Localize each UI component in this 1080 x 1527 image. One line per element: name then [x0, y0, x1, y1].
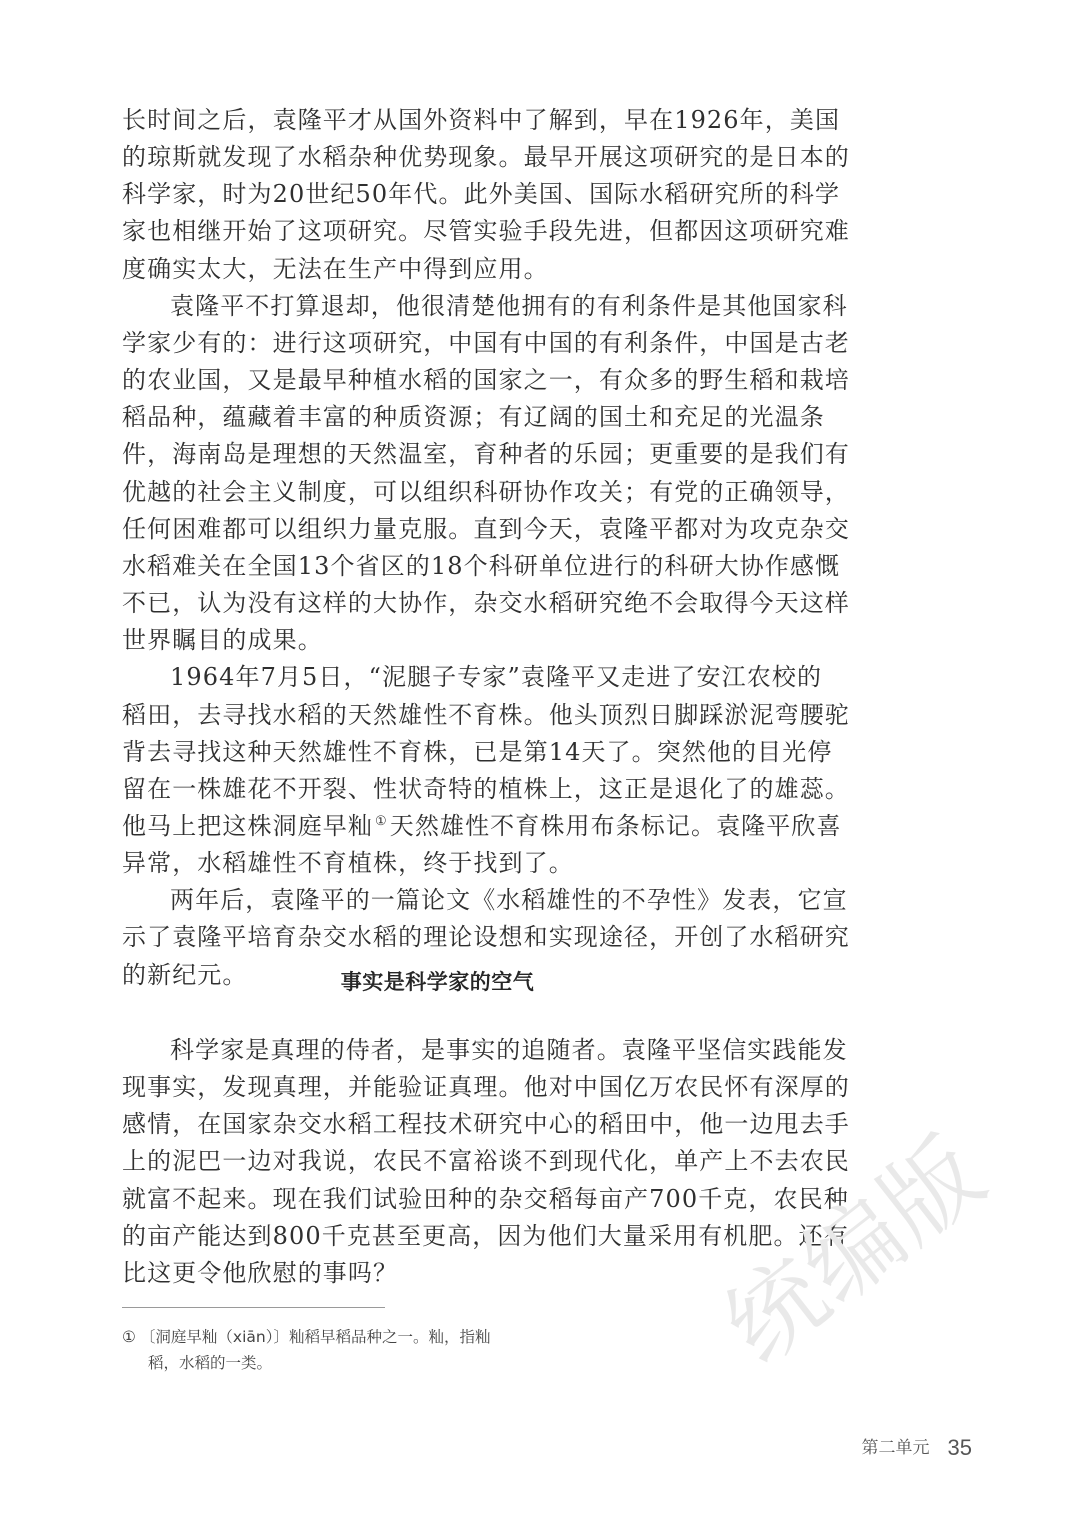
footnote-text: 〔洞庭早籼（xiān）〕籼稻早稻品种之一。籼，指籼: [140, 1328, 491, 1346]
text-line: 感情，在国家杂交水稻工程技术研究中心的稻田中，他一边甩去手: [122, 1106, 762, 1143]
article-text-block-1: 长时间之后，袁隆平才从国外资料中了解到，早在1926年，美国 的琼斯就发现了水稻…: [122, 102, 762, 994]
text-line: 异常，水稻雄性不育植株，终于找到了。: [122, 845, 762, 882]
text-segment: 他马上把这株洞庭早籼: [122, 812, 373, 840]
unit-label: 第二单元: [862, 1438, 930, 1458]
text-line: 科学家，时为20世纪50年代。此外美国、国际水稻研究所的科学: [122, 176, 762, 213]
paragraph-start-line: 两年后，袁隆平的一篇论文《水稻雄性的不孕性》发表，它宣: [122, 882, 762, 919]
footnote: ①〔洞庭早籼（xiān）〕籼稻早稻品种之一。籼，指籼 稻，水稻的一类。: [122, 1324, 542, 1376]
text-line: 学家少有的：进行这项研究，中国有中国的有利条件，中国是古老: [122, 325, 762, 362]
text-line: 示了袁隆平培育杂交水稻的理论设想和实现途径，开创了水稻研究: [122, 919, 762, 956]
text-line: 世界瞩目的成果。: [122, 622, 762, 659]
text-segment: 天然雄性不育株用布条标记。袁隆平欣喜: [390, 812, 842, 840]
paragraph-start-line: 1964年7月5日，“泥腿子专家”袁隆平又走进了安江农校的: [122, 659, 762, 696]
text-line: 水稻难关在全国13个省区的18个科研单位进行的科研大协作感慨: [122, 548, 762, 585]
page-number: 35: [948, 1435, 972, 1460]
text-line: 稻品种，蕴藏着丰富的种质资源；有辽阔的国土和充足的光温条: [122, 399, 762, 436]
text-line: 的农业国，又是最早种植水稻的国家之一，有众多的野生稻和栽培: [122, 362, 762, 399]
text-line: 件，海南岛是理想的天然温室，育种者的乐园；更重要的是我们有: [122, 436, 762, 473]
paragraph-start-line: 袁隆平不打算退却，他很清楚他拥有的有利条件是其他国家科: [122, 288, 762, 325]
paragraph-start-line: 科学家是真理的侍者，是事实的追随者。袁隆平坚信实践能发: [122, 1032, 762, 1069]
footnote-reference[interactable]: ①: [375, 814, 388, 829]
text-line: 不已，认为没有这样的大协作，杂交水稻研究绝不会取得今天这样: [122, 585, 762, 622]
text-line: 背去寻找这种天然雄性不育株，已是第14天了。突然他的目光停: [122, 734, 762, 771]
textbook-page: 长时间之后，袁隆平才从国外资料中了解到，早在1926年，美国 的琼斯就发现了水稻…: [0, 0, 1080, 1527]
text-line: 优越的社会主义制度，可以组织科研协作攻关；有党的正确领导，: [122, 474, 762, 511]
footnote-line: 稻，水稻的一类。: [122, 1350, 542, 1376]
text-line: 就富不起来。现在我们试验田种的杂交稻每亩产700千克，农民种: [122, 1181, 762, 1218]
article-text-block-2: 科学家是真理的侍者，是事实的追随者。袁隆平坚信实践能发 现事实，发现真理，并能验…: [122, 1032, 762, 1292]
text-line: 任何困难都可以组织力量克服。直到今天，袁隆平都对为攻克杂交: [122, 511, 762, 548]
text-line: 上的泥巴一边对我说，农民不富裕谈不到现代化，单产上不去农民: [122, 1143, 762, 1180]
section-heading: 事实是科学家的空气: [0, 966, 875, 996]
text-line: 家也相继开始了这项研究。尽管实验手段先进，但都因这项研究难: [122, 213, 762, 250]
text-line-with-footnote: 他马上把这株洞庭早籼①天然雄性不育株用布条标记。袁隆平欣喜: [122, 808, 762, 845]
footnote-divider: [122, 1307, 385, 1308]
text-line: 的琼斯就发现了水稻杂种优势现象。最早开展这项研究的是日本的: [122, 139, 762, 176]
footnote-marker: ①: [122, 1328, 136, 1346]
text-line: 留在一株雄花不开裂、性状奇特的植株上，这正是退化了的雄蕊。: [122, 771, 762, 808]
text-line: 长时间之后，袁隆平才从国外资料中了解到，早在1926年，美国: [122, 102, 762, 139]
text-line: 度确实太大，无法在生产中得到应用。: [122, 251, 762, 288]
text-line: 现事实，发现真理，并能验证真理。他对中国亿万农民怀有深厚的: [122, 1069, 762, 1106]
page-footer: 第二单元35: [862, 1433, 972, 1461]
footnote-line: ①〔洞庭早籼（xiān）〕籼稻早稻品种之一。籼，指籼: [122, 1324, 542, 1350]
text-line: 比这更令他欣慰的事吗？: [122, 1255, 762, 1292]
text-line: 的亩产能达到800千克甚至更高，因为他们大量采用有机肥。还有: [122, 1218, 762, 1255]
text-line: 稻田，去寻找水稻的天然雄性不育株。他头顶烈日脚踩淤泥弯腰驼: [122, 697, 762, 734]
